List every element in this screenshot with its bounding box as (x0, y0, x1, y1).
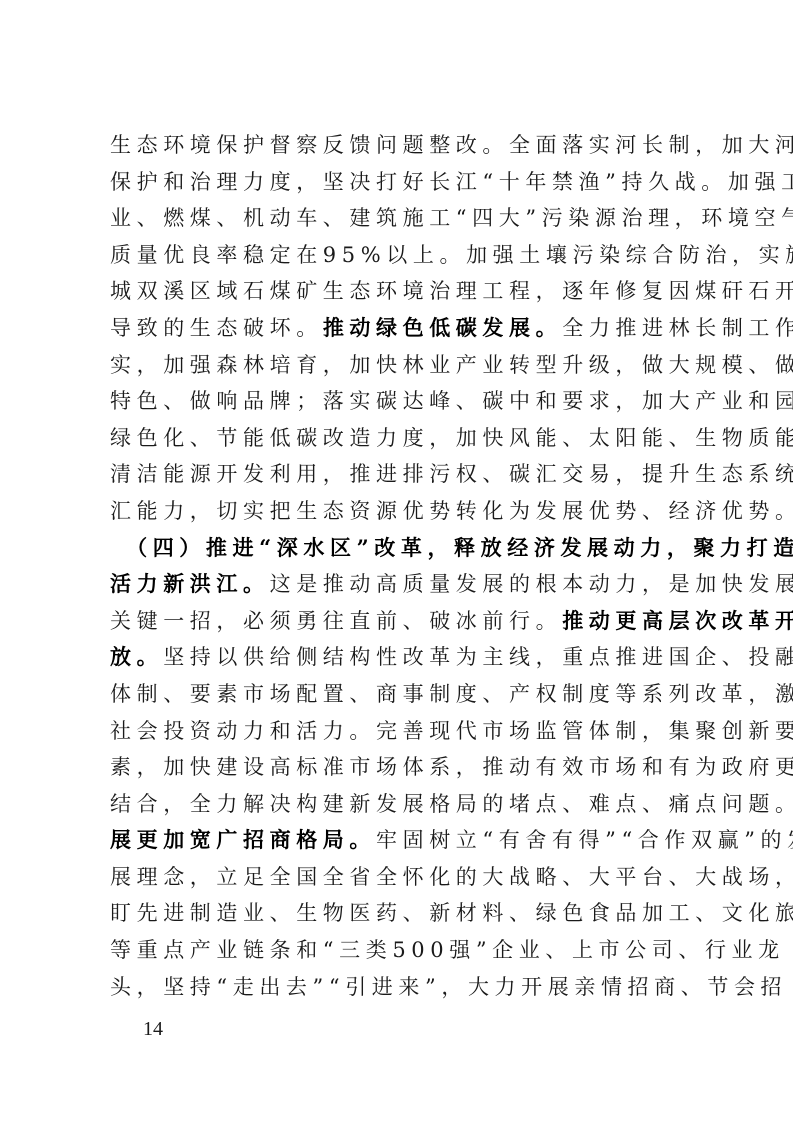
body-text-run: 社会投资动力和活力。完善现代市场监管体制，集聚创新要 (110, 719, 793, 743)
text-line: 清洁能源开发利用，推进排污权、碳汇交易，提升生态系统碳 (110, 456, 694, 493)
text-line: 绿色化、节能低碳改造力度，加快风能、太阳能、生物质能等 (110, 420, 694, 457)
body-text-run: 头，坚持“走出去”“引进来”，大力开展亲情招商、节会招 (110, 975, 787, 999)
text-line: 特色、做响品牌；落实碳达峰、碳中和要求，加大产业和园区 (110, 383, 694, 420)
body-text-run: 牢固树立“有舍有得”“合作双赢”的发 (376, 828, 793, 852)
body-text-run: 汇能力，切实把生态资源优势转化为发展优势、经济优势。 (110, 499, 793, 523)
text-line: 质量优良率稳定在95%以上。加强土壤污染综合防治，实施黔 (110, 237, 694, 274)
text-line: 保护和治理力度，坚决打好长江“十年禁渔”持久战。加强工 (110, 164, 694, 201)
text-line: 等重点产业链条和“三类500强”企业、上市公司、行业龙 (110, 932, 694, 969)
body-text-run: 实，加强森林培育，加快林业产业转型升级，做大规模、做优 (110, 353, 793, 377)
text-line: （四）推进“深水区”改革，释放经济发展动力，聚力打造 (110, 530, 694, 567)
text-line: 头，坚持“走出去”“引进来”，大力开展亲情招商、节会招 (110, 969, 694, 1006)
bold-heading-text: 活力新洪江。 (110, 571, 270, 596)
body-text-run: 素，加快建设高标准市场体系，推动有效市场和有为政府更好 (110, 755, 793, 779)
text-line: 汇能力，切实把生态资源优势转化为发展优势、经济优势。 (110, 493, 694, 530)
text-line: 体制、要素市场配置、商事制度、产权制度等系列改革，激发 (110, 676, 694, 713)
text-line: 业、燃煤、机动车、建筑施工“四大”污染源治理，环境空气 (110, 200, 694, 237)
body-text-run: 质量优良率稳定在95%以上。加强土壤污染综合防治，实施黔 (110, 243, 793, 267)
page-number: 14 (143, 1018, 163, 1041)
document-page: 生态环境保护督察反馈问题整改。全面落实河长制，加大河湖保护和治理力度，坚决打好长… (0, 0, 793, 1122)
body-text-run: 等重点产业链条和“三类500强”企业、上市公司、行业龙 (110, 938, 785, 962)
text-line: 关键一招，必须勇往直前、破冰前行。推动更高层次改革开 (110, 603, 694, 640)
body-text: 生态环境保护督察反馈问题整改。全面落实河长制，加大河湖保护和治理力度，坚决打好长… (110, 127, 694, 1005)
text-line: 展更加宽广招商格局。牢固树立“有舍有得”“合作双赢”的发 (110, 822, 694, 859)
body-text-run: 城双溪区域石煤矿生态环境治理工程，逐年修复因煤矸石开采 (110, 279, 793, 303)
body-text-run: 结合，全力解决构建新发展格局的堵点、难点、痛点问题。 (110, 792, 793, 816)
text-line: 素，加快建设高标准市场体系，推动有效市场和有为政府更好 (110, 749, 694, 786)
text-line: 城双溪区域石煤矿生态环境治理工程，逐年修复因煤矸石开采 (110, 273, 694, 310)
bold-heading-text: 推动绿色低碳发展。 (323, 315, 562, 340)
text-line: 导致的生态破坏。推动绿色低碳发展。全力推进林长制工作落 (110, 310, 694, 347)
text-line: 放。坚持以供给侧结构性改革为主线，重点推进国企、投融资 (110, 639, 694, 676)
text-line: 生态环境保护督察反馈问题整改。全面落实河长制，加大河湖 (110, 127, 694, 164)
body-text-run: 保护和治理力度，坚决打好长江“十年禁渔”持久战。加强工 (110, 170, 793, 194)
body-text-run: 体制、要素市场配置、商事制度、产权制度等系列改革，激发 (110, 682, 793, 706)
body-text-run: 清洁能源开发利用，推进排污权、碳汇交易，提升生态系统碳 (110, 462, 793, 486)
body-text-run: 特色、做响品牌；落实碳达峰、碳中和要求，加大产业和园区 (110, 389, 793, 413)
bold-heading-text: 放。 (110, 644, 163, 669)
body-text-run: 坚持以供给侧结构性改革为主线，重点推进国企、投融资 (163, 645, 793, 669)
text-line: 结合，全力解决构建新发展格局的堵点、难点、痛点问题。拓 (110, 786, 694, 823)
body-text-run: 绿色化、节能低碳改造力度，加快风能、太阳能、生物质能等 (110, 426, 793, 450)
bold-heading-text: 推动更高层次改革开 (562, 608, 793, 633)
text-line: 活力新洪江。这是推动高质量发展的根本动力，是加快发展的 (110, 566, 694, 603)
text-line: 盯先进制造业、生物医药、新材料、绿色食品加工、文化旅游 (110, 895, 694, 932)
body-text-run: 关键一招，必须勇往直前、破冰前行。 (110, 609, 562, 633)
body-text-run: 导致的生态破坏。 (110, 316, 323, 340)
text-line: 实，加强森林培育，加快林业产业转型升级，做大规模、做优 (110, 347, 694, 384)
body-text-run: 盯先进制造业、生物医药、新材料、绿色食品加工、文化旅游 (110, 901, 793, 925)
body-text-run: 全力推进林长制工作落 (562, 316, 793, 340)
text-line: 社会投资动力和活力。完善现代市场监管体制，集聚创新要 (110, 713, 694, 750)
bold-heading-text: 展更加宽广招商格局。 (110, 827, 376, 852)
body-text-run: 生态环境保护督察反馈问题整改。全面落实河长制，加大河湖 (110, 133, 793, 157)
body-text-run: 这是推动高质量发展的根本动力，是加快发展的 (270, 572, 793, 596)
body-text-run: 展理念，立足全国全省全怀化的大战略、大平台、大战场，紧 (110, 865, 793, 889)
text-line: 展理念，立足全国全省全怀化的大战略、大平台、大战场，紧 (110, 859, 694, 896)
bold-heading-text: （四）推进“深水区”改革，释放经济发展动力，聚力打造 (110, 535, 793, 560)
body-text-run: 业、燃煤、机动车、建筑施工“四大”污染源治理，环境空气 (110, 206, 793, 230)
